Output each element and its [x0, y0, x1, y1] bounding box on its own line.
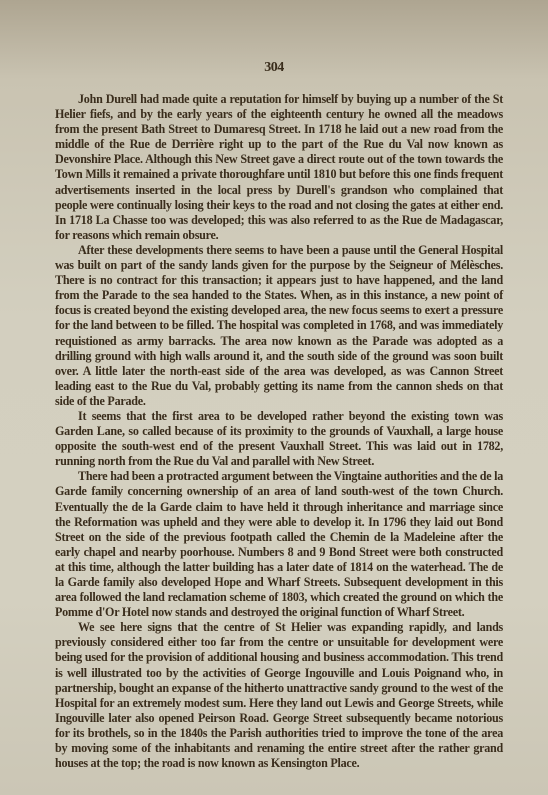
body-text: John Durell had made quite a reputation …: [55, 92, 503, 771]
paragraph-de-la-garde: There had been a protracted argument bet…: [55, 469, 503, 620]
book-page: 304 John Durell had made quite a reputat…: [0, 0, 548, 795]
paragraph-expansion: We see here signs that the centre of St …: [55, 620, 503, 771]
paragraph-hospital: After these developments there seems to …: [55, 243, 503, 409]
page-number: 304: [0, 60, 548, 76]
paragraph-garden-lane: It seems that the first area to be devel…: [55, 409, 503, 469]
paragraph-durell: John Durell had made quite a reputation …: [55, 92, 503, 243]
